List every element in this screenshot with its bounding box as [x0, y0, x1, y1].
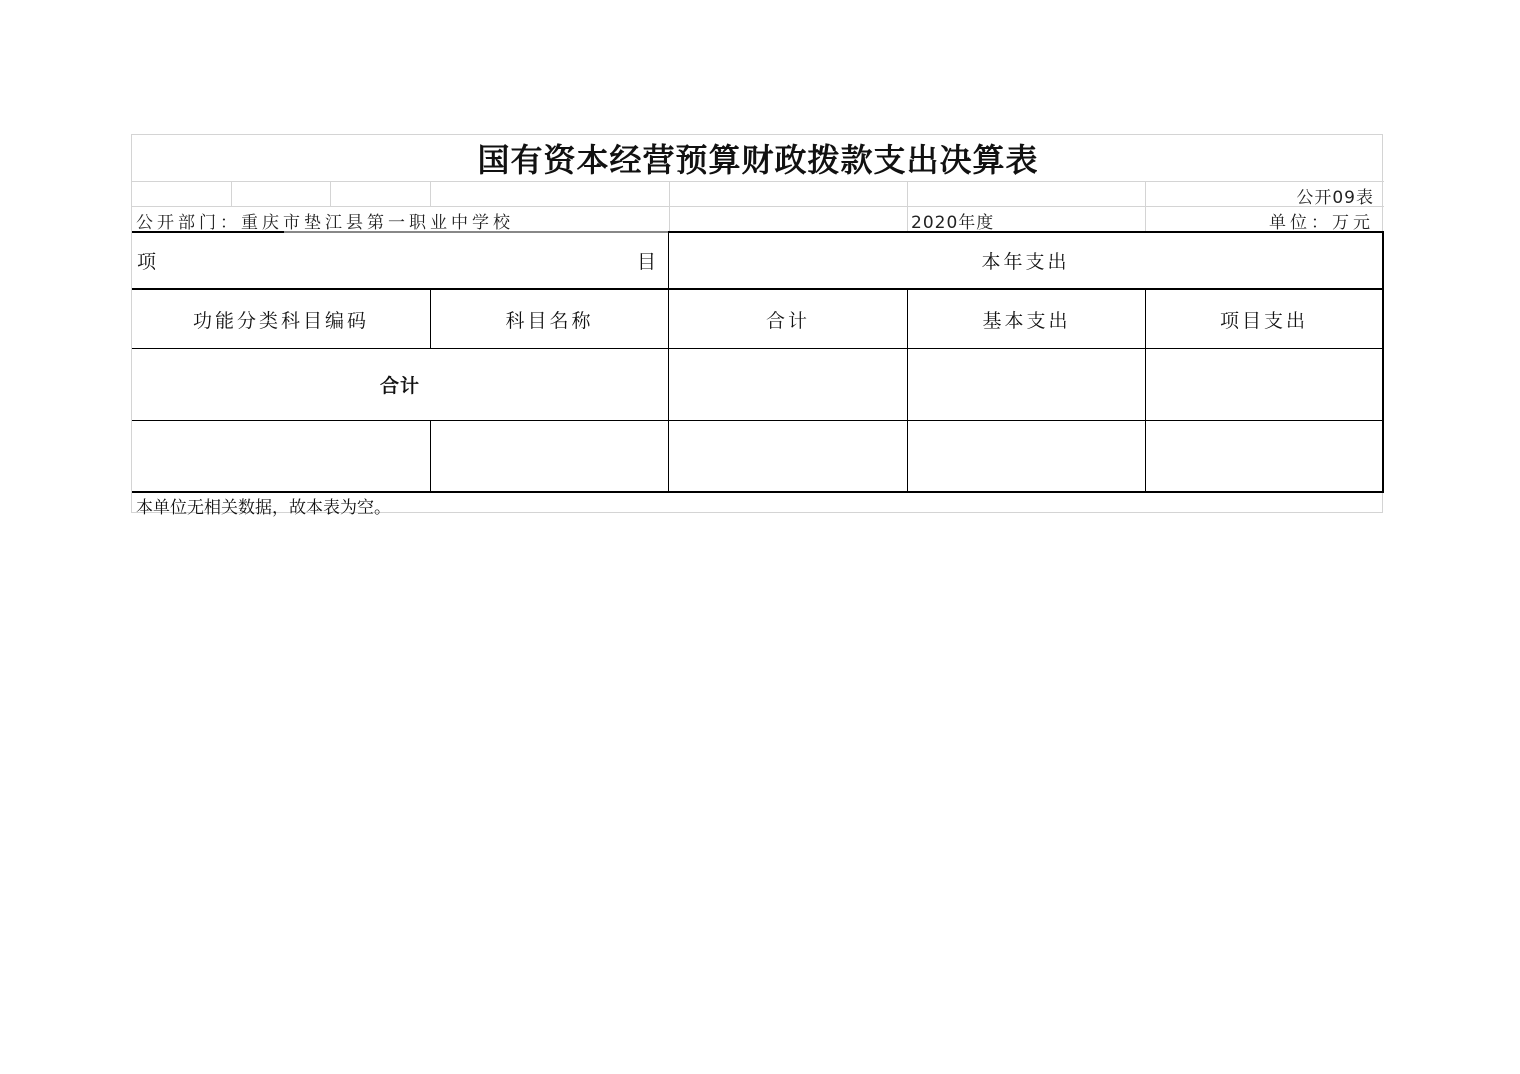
- total-row-total: [669, 349, 907, 420]
- column-header-basic: 基本支出: [908, 290, 1145, 348]
- total-row-label: 合计: [132, 349, 668, 420]
- border-right: [1382, 231, 1384, 493]
- gridline: [430, 182, 431, 206]
- border-top-mid: [284, 231, 669, 233]
- data-row-basic: [908, 421, 1145, 491]
- column-header-code: 功能分类科目编码: [132, 290, 430, 348]
- gridline: [231, 182, 232, 206]
- column-header-total: 合计: [669, 290, 907, 348]
- data-row-total: [669, 421, 907, 491]
- unit-label: 单位：万元: [1269, 208, 1374, 233]
- column-header-name: 科目名称: [431, 290, 668, 348]
- data-row-code: [132, 421, 430, 491]
- header-item-right: 目: [637, 233, 656, 288]
- spreadsheet-page: 国有资本经营预算财政拨款支出决算表 公开09表 公开部门：重庆市垫江县第一职业中…: [131, 134, 1383, 513]
- data-row-project: [1146, 421, 1382, 491]
- department-label: 公开部门：重庆市垫江县第一职业中学校: [136, 208, 514, 233]
- total-row-basic: [908, 349, 1145, 420]
- gridline: [132, 206, 1384, 207]
- gridline: [907, 182, 908, 232]
- document-title: 国有资本经营预算财政拨款支出决算表: [132, 135, 1384, 182]
- header-current-year: 本年支出: [669, 233, 1382, 288]
- gridline: [669, 182, 670, 232]
- column-header-project: 项目支出: [1146, 290, 1382, 348]
- footer-note: 本单位无相关数据，故本表为空。: [136, 493, 391, 518]
- gridline: [1145, 182, 1146, 232]
- year-label: 2020年度: [911, 208, 994, 233]
- gridline: [330, 182, 331, 206]
- data-row-name: [431, 421, 668, 491]
- header-item-left: 项: [137, 233, 159, 288]
- total-row-project: [1146, 349, 1382, 420]
- form-number: 公开09表: [1296, 183, 1374, 208]
